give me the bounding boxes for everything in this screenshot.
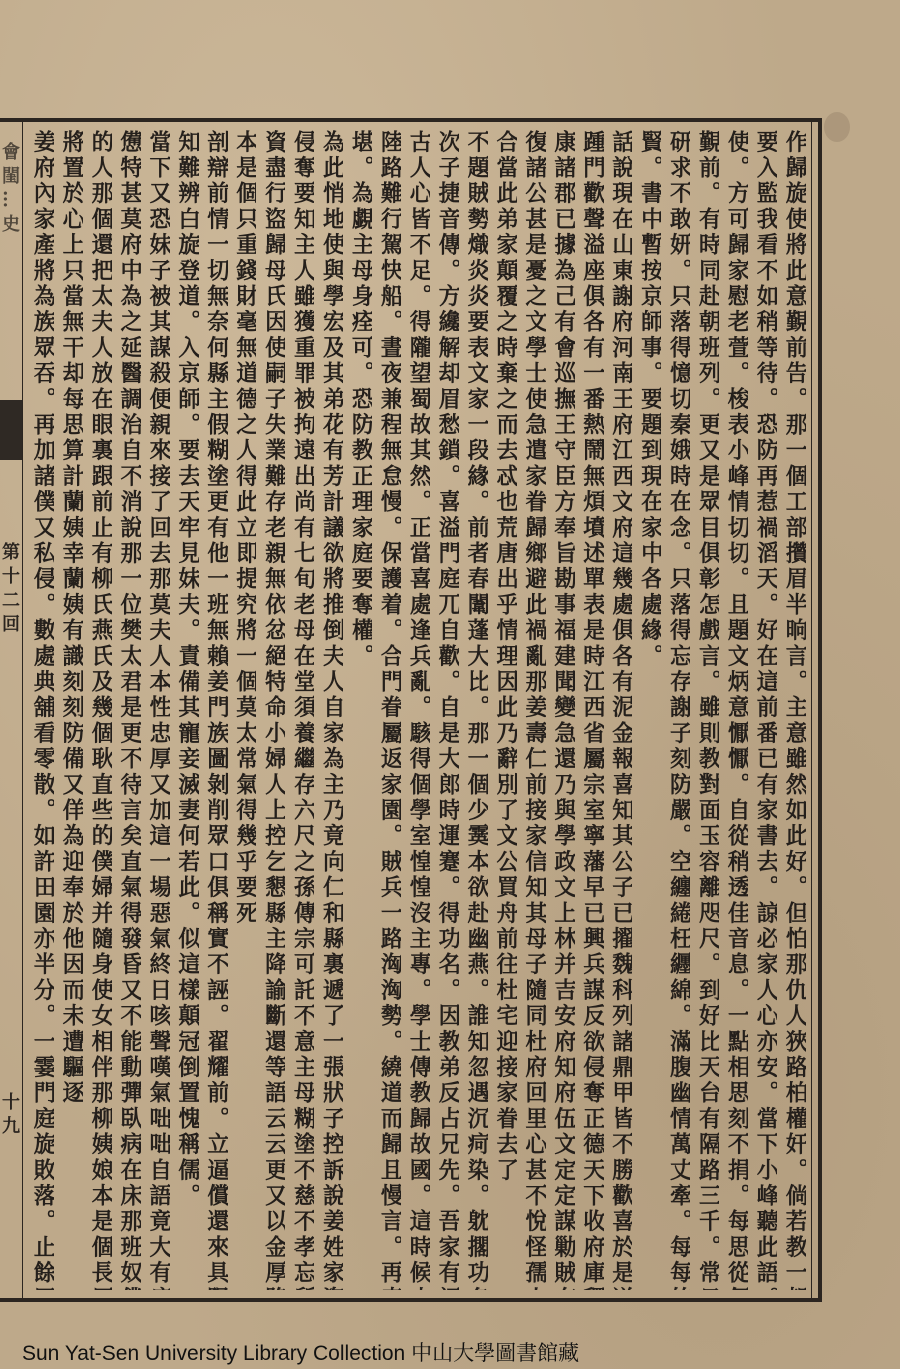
text-column: 剖辯前情一切無奈何縣主假糊塗更有他一班無賴姜門族圖剝削眾口俱稱實不誣。翟耀前。立… [202,130,228,1290]
text-column: 為此悄地使與學宏及其弟花有芳計議欲將推倒夫人自家為主乃竟向仁和縣裏遞了一張狀子控… [317,130,343,1290]
text-column: 陸路難行駕快船。晝夜兼程無怠慢。保護着。合門眷屬返家園。賊兵一路洶洶勢。繞道而歸… [375,130,401,1290]
text-column: 研求不敢妍。只落得憶切秦娥時在念。只落得忘存謝子刻防嚴。空纏綣枉纒綿。滿腹幽情萬… [664,130,690,1290]
text-column: 合當此弟家顛覆之時棄之而去忒也荒唐出乎情理因此乃辭別了文公買舟前往杜宅迎接家眷去… [491,130,517,1290]
text-column: 踵門歡聲溢座俱各有一番熱鬧無煩墳述單表是時江西省屬宗室寧藩早已興兵謀反欲侵奪正德… [578,130,604,1290]
text-column: 將置於心上只當無干却每思算計蘭姨幸蘭姨有識刻刻防備又佯為迎奉於他因而未遭驅逐 [57,130,83,1290]
text-column: 本是個只重錢財毫無道德之人得此立即提究將一個莫太常氣得幾乎要死 [230,130,256,1290]
chapter-label: 第十二回 [0,542,22,638]
text-column: 使。方可歸家慰老萱。梭表小峰情切切。且題文炳意懨懨。自從稍透佳音息。一點相思刻不… [722,130,748,1290]
text-column: 古人心皆不足。得隴望蜀故其然。正當喜處逢兵亂。駭得個學室惶惶沒主專。學士傳教歸故… [404,130,430,1290]
text-column: 當下又恐妹子被其謀殺便親來接了回去那莫夫人本性忠厚又加這一場惡氣終日咳聲嘆氣咄咄… [144,130,170,1290]
text-column: 話說現在山東謝府河南王府江西文府這幾處俱各有泥金報喜知其公子已擢魏科列諸鼎甲皆不… [606,130,632,1290]
text-column: 憊特甚莫府中為之延醫調治自不消說那一位樊太君是更不待言矣直氣得發昏又不能動彈臥病… [115,130,141,1290]
text-column: 資盡行盜歸母氏因使嗣子失業難存老親無依忿絕特命小婦人上控乞懇縣主降諭斷還等語云云… [259,130,285,1290]
text-column: 次子捷音傳。方纔解却眉愁鎖。喜溢門庭兀自歡。自是大郎時運蹇。得功名。因教弟反占兄… [433,130,459,1290]
scanned-page: 會閨…史 第十二回 十九 作歸旋使將此意覲前告。那一個工部攢眉半晌言。主意雖然如… [0,0,900,1369]
page-number: 十九 [0,1092,22,1140]
text-column: 侵奪要知主人雖獲重罪被拘遠出尚有七旬老母在堂須養繼存六尺之孫傳宗可託不意主母糊塗… [288,130,314,1290]
library-attribution: Sun Yat-Sen University Library Collectio… [22,1337,579,1367]
text-column: 覲前。有時同赴朝班列。更又是眾目俱彰怎戲言。雖則教對面玉容離咫尺。到好比天台有隔… [693,130,719,1290]
book-title-fragment: 會閨…史 [0,142,22,238]
text-column: 的人那個還把太夫人放在眼裏跟前止有柳氏燕氏及幾個耿直些的僕婦并隨身使女相伴那柳姨… [86,130,112,1290]
text-column: 知難辨白旋登道。入京師。要去天牢見妹夫。責備其寵妾滅妻何若此。似這樣顛冠倒置愧稱… [173,130,199,1290]
page-fold-margin: 會閨…史 第十二回 十九 [0,122,23,1298]
text-column: 不題賊勢熾炎炎要表文家一段緣。前者春闈蓬大比。那一個少霙本欲赴幽燕。誰知忽遇沉疴… [462,130,488,1290]
frame-inner-rule [810,122,812,1298]
text-frame: 會閨…史 第十二回 十九 作歸旋使將此意覲前告。那一個工部攢眉半晌言。主意雖然如… [0,118,822,1302]
text-column: 姜府內家產將為族眾吞。再加諸僕又私侵。數處典舖看零散。如許田園亦半分。一霎門庭旋… [28,130,54,1290]
text-column: 作歸旋使將此意覲前告。那一個工部攢眉半晌言。主意雖然如此好。但怕那仇人狹路柏權奸… [780,130,806,1290]
text-column: 賢。書中暫按京師事。要題到現在家中各處緣。 [635,130,661,1290]
text-columns: 作歸旋使將此意覲前告。那一個工部攢眉半晌言。主意雖然如此好。但怕那仇人狹路柏權奸… [28,130,806,1290]
paper-stain [824,112,850,142]
fold-black-mark [0,400,22,460]
text-column: 堪。為覷主母身痊可。恐防教正理家庭要奪權。 [346,130,372,1290]
text-column: 要入監我看不如稍等待。恐防再惹禍滔天。好在這前番已有家書去。諒必家人心亦安。當下… [751,130,777,1290]
text-column: 康諸郡已據為己有會巡撫王守臣方奉旨勘事福建聞變急還乃與學政文上林并吉安府知府伍文… [549,130,575,1290]
text-column: 復諸公甚是憂之文學士使急遣家眷歸鄉避此禍亂那姜壽仁前接家信知其母子隨同杜府回里心… [520,130,546,1290]
